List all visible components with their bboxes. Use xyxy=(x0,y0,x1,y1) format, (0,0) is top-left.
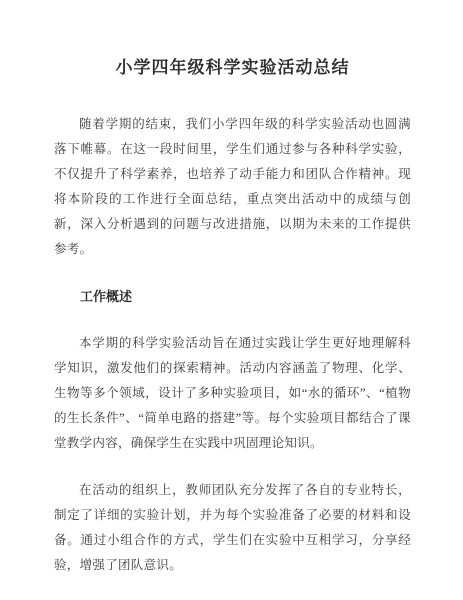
paragraph-organization: 在活动的组织上，教师团队充分发挥了各自的专业特长，制定了详细的实验计划，并为每个… xyxy=(54,478,411,578)
document-page: 小学四年级科学实验活动总结 随着学期的结束，我们小学四年级的科学实验活动也圆满落… xyxy=(0,0,463,600)
paragraph-overview-content: 本学期的科学实验活动旨在通过实践让学生更好地理解科学知识，激发他们的探索精神。活… xyxy=(54,331,411,456)
paragraph-intro: 随着学期的结束，我们小学四年级的科学实验活动也圆满落下帷幕。在这一段时间里，学生… xyxy=(54,112,411,262)
section-heading-work-overview: 工作概述 xyxy=(54,284,411,309)
document-title: 小学四年级科学实验活动总结 xyxy=(54,56,411,80)
